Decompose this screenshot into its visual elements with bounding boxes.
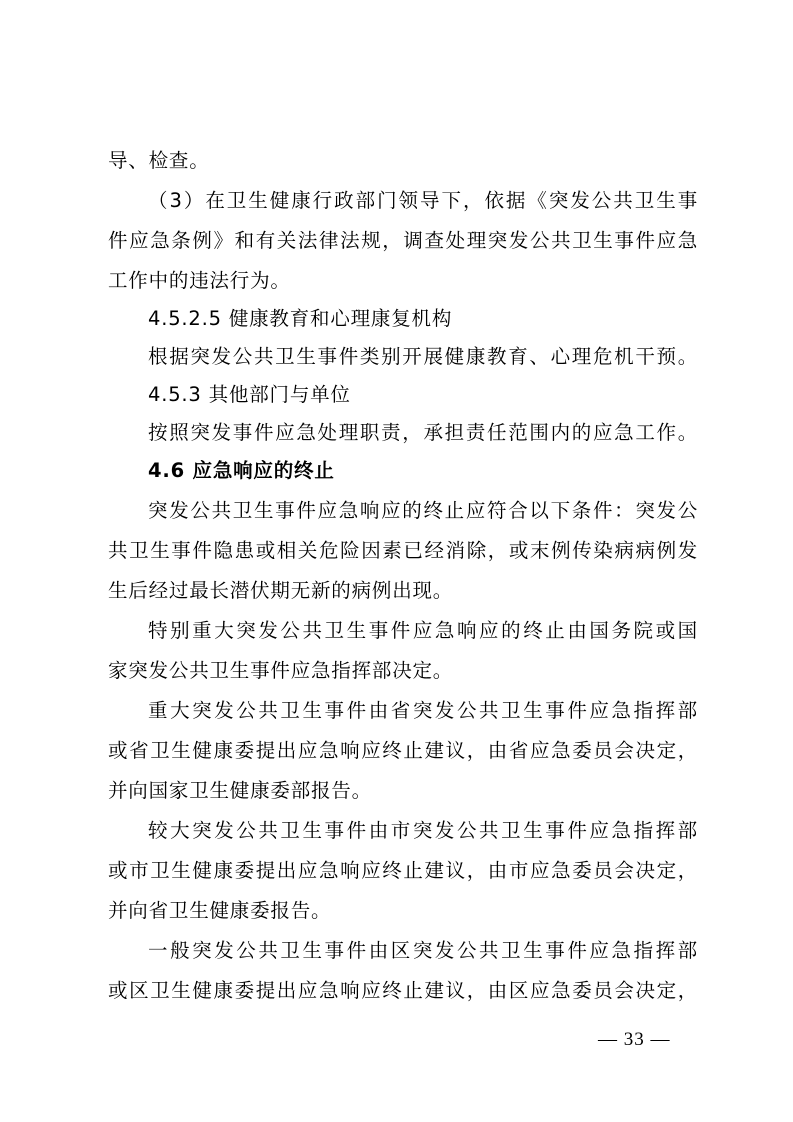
paragraph-line: 件应急条例》和有关法律法规，调查处理突发公共卫生事件应急 [108, 226, 698, 256]
paragraph-line: 或区卫生健康委提出应急响应终止建议，由区应急委员会决定， [108, 976, 698, 1006]
page-number: — 33 — [598, 1029, 671, 1051]
paragraph-line: 并向省卫生健康委报告。 [108, 896, 331, 926]
paragraph-line: 导、检查。 [108, 146, 210, 176]
paragraph-line: 家突发公共卫生事件应急指挥部决定。 [108, 656, 453, 686]
paragraph-line: 工作中的违法行为。 [108, 266, 291, 296]
paragraph-line: 生后经过最长潜伏期无新的病例出现。 [108, 576, 453, 606]
paragraph-line: 并向国家卫生健康委部报告。 [108, 776, 372, 806]
paragraph-line: 一般突发公共卫生事件由区突发公共卫生事件应急指挥部 [148, 936, 698, 966]
section-heading-4-5-2-5: 4.5.2.5 健康教育和心理康复机构 [148, 304, 452, 334]
paragraph-line: 按照突发事件应急处理职责，承担责任范围内的应急工作。 [148, 418, 698, 448]
paragraph-line: 特别重大突发公共卫生事件应急响应的终止由国务院或国 [148, 616, 698, 646]
paragraph-line: 共卫生事件隐患或相关危险因素已经消除，或末例传染病病例发 [108, 536, 698, 566]
paragraph-line: 根据突发公共卫生事件类别开展健康教育、心理危机干预。 [148, 342, 698, 372]
paragraph-line: 或市卫生健康委提出应急响应终止建议，由市应急委员会决定， [108, 856, 698, 886]
paragraph-line: 或省卫生健康委提出应急响应终止建议，由省应急委员会决定， [108, 736, 698, 766]
section-heading-4-6: 4.6 应急响应的终止 [148, 456, 335, 486]
paragraph-line: 重大突发公共卫生事件由省突发公共卫生事件应急指挥部 [148, 696, 698, 726]
paragraph-line: （3）在卫生健康行政部门领导下，依据《突发公共卫生事 [148, 186, 698, 216]
paragraph-line: 突发公共卫生事件应急响应的终止应符合以下条件：突发公 [148, 496, 698, 526]
document-page: 导、检查。 （3）在卫生健康行政部门领导下，依据《突发公共卫生事 件应急条例》和… [0, 0, 793, 1122]
section-heading-4-5-3: 4.5.3 其他部门与单位 [148, 380, 351, 410]
paragraph-line: 较大突发公共卫生事件由市突发公共卫生事件应急指挥部 [148, 816, 698, 846]
